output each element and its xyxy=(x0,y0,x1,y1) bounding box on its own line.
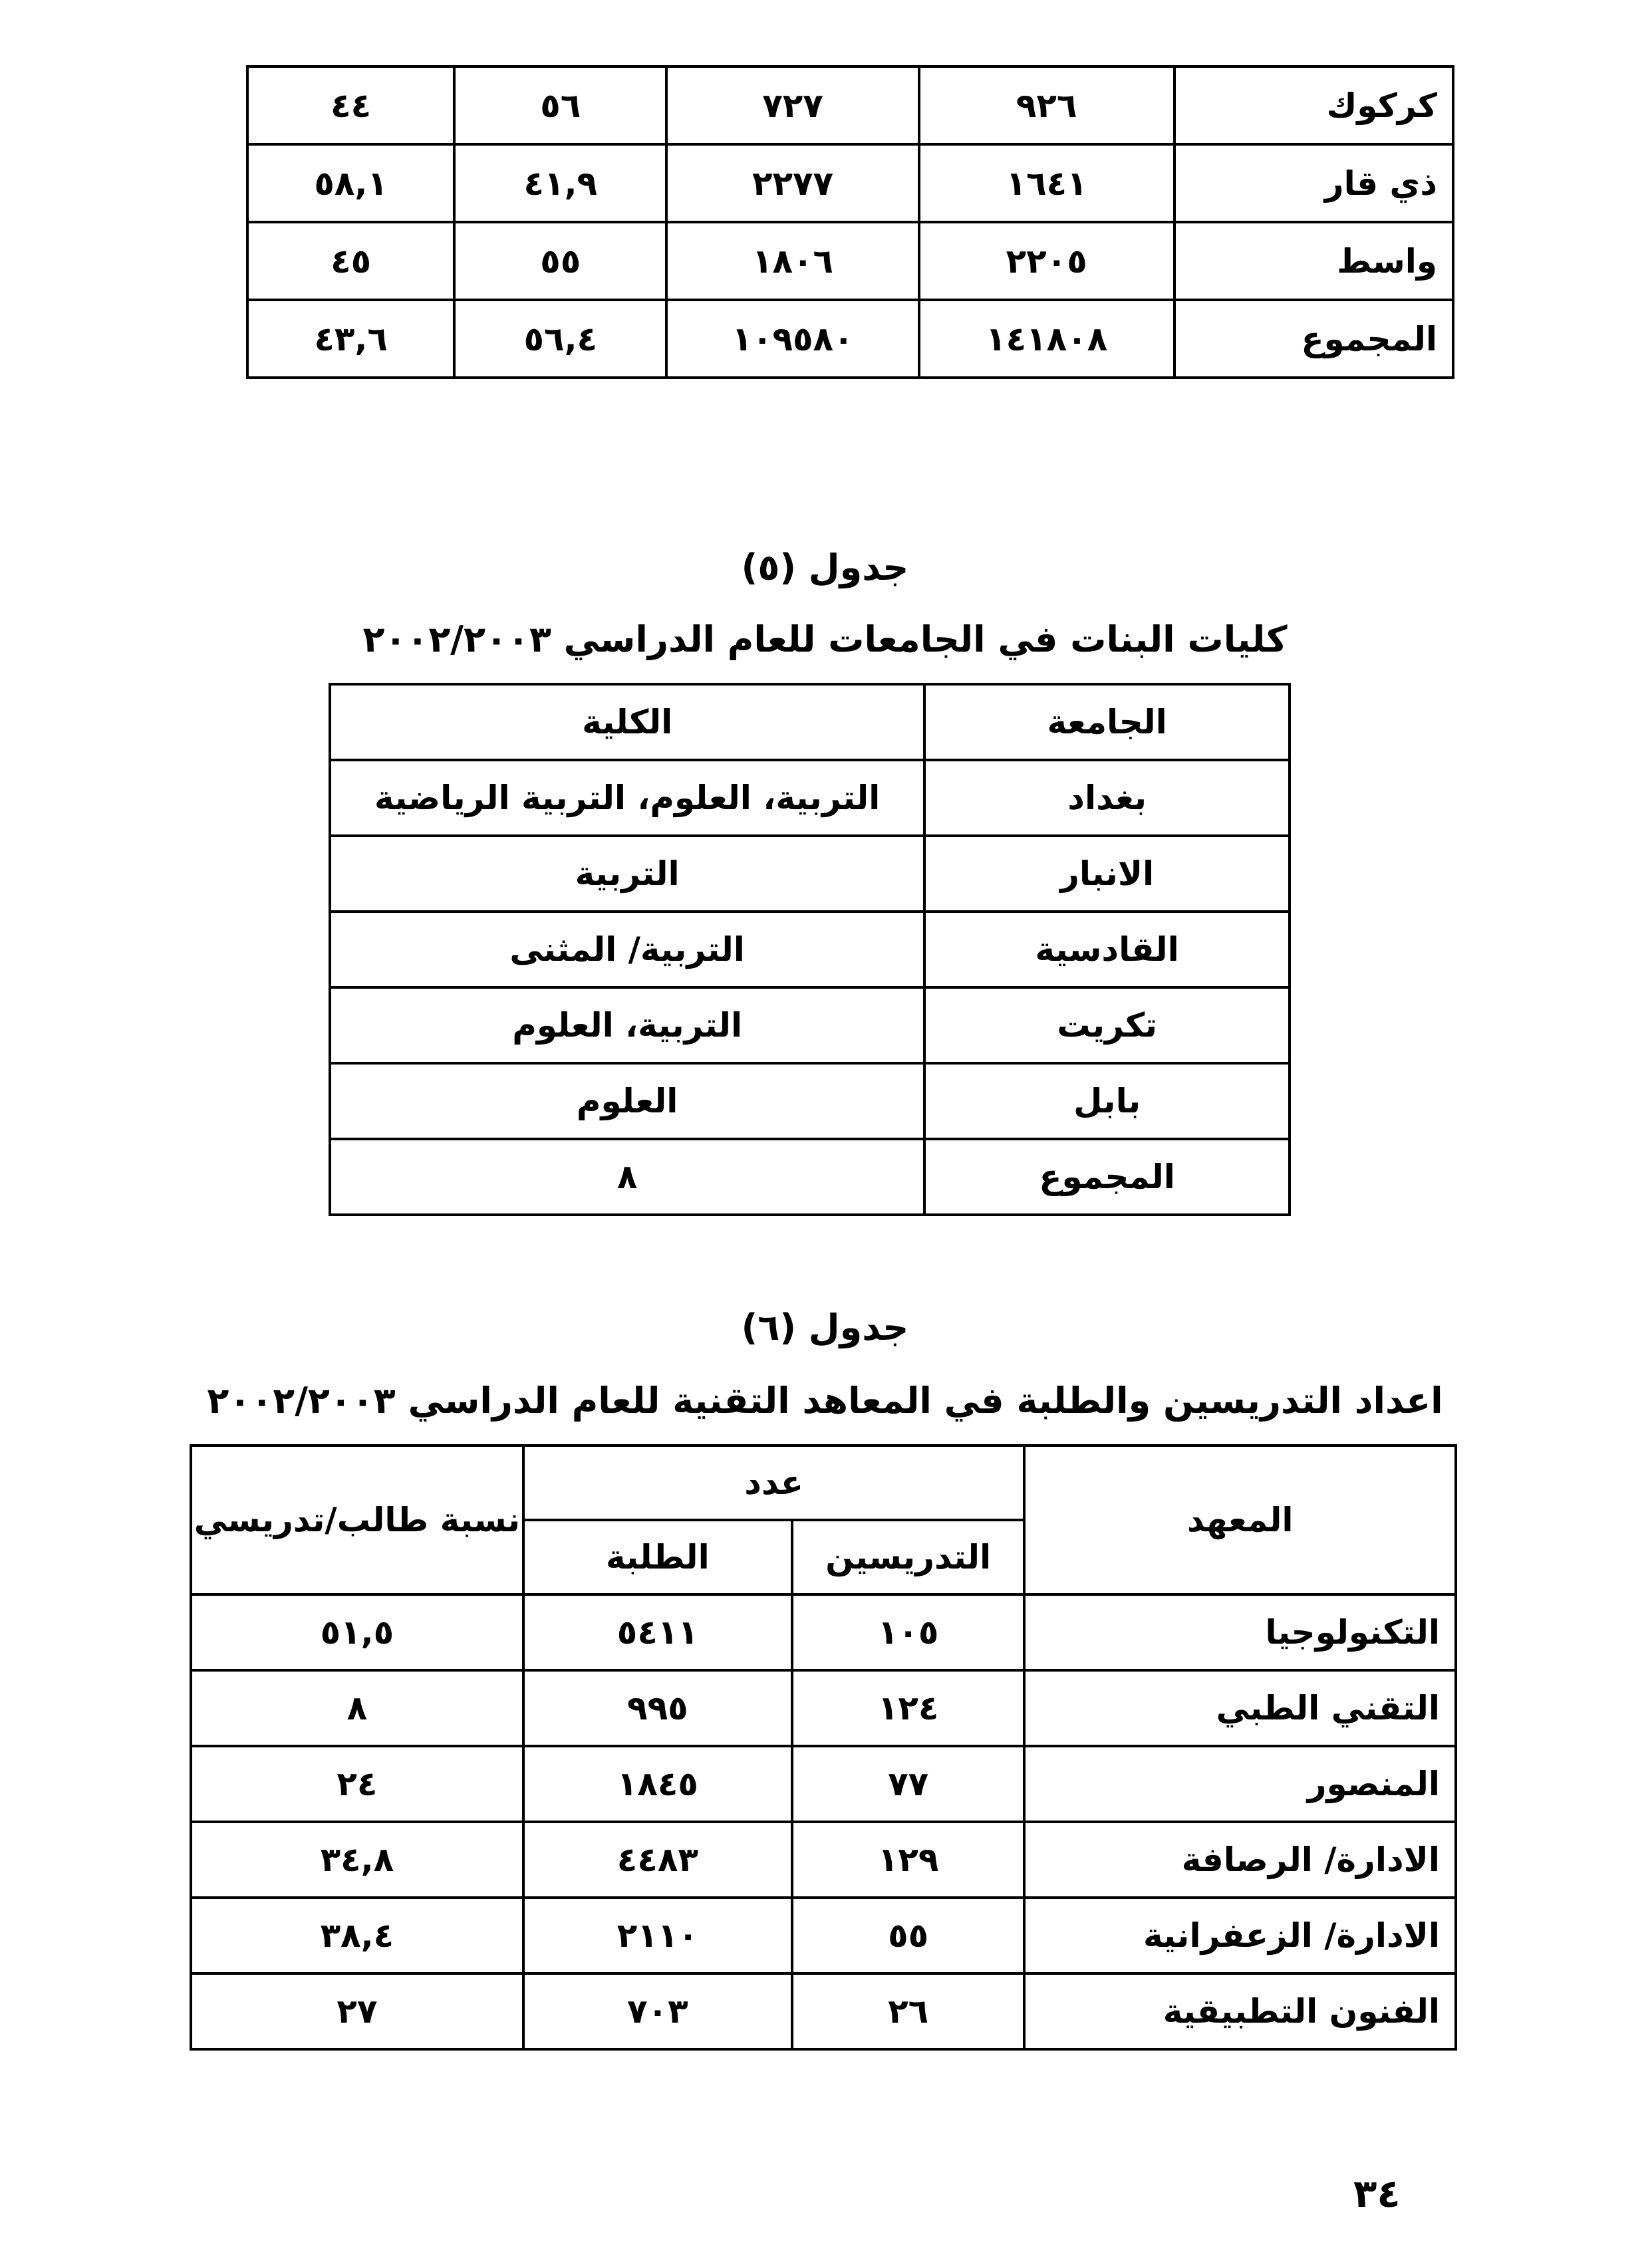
row-label: كركوك xyxy=(1174,66,1453,144)
teachers-cell: ٥٥ xyxy=(792,1898,1025,1973)
cell: ٩٢٦ xyxy=(919,66,1174,144)
header-students: الطلبة xyxy=(523,1520,792,1594)
cell: ٥٨,١ xyxy=(247,144,454,222)
header-ratio: نسبة طالب/تدريسي xyxy=(191,1446,523,1594)
college-cell: العلوم xyxy=(330,1063,924,1139)
college-cell: التربية xyxy=(330,836,924,912)
college-cell: التربية، العلوم xyxy=(330,987,924,1063)
cell: ٤٣,٦ xyxy=(247,300,454,378)
college-cell: التربية/ المثنى xyxy=(330,912,924,987)
teachers-cell: ١٢٩ xyxy=(792,1822,1025,1898)
cell: ٢٢٠٥ xyxy=(919,222,1174,300)
university-cell: تكريت xyxy=(924,987,1290,1063)
table6-title: جدول (٦) xyxy=(0,1307,1650,1348)
table6-subtitle: اعداد التدريسين والطلبة في المعاهد التقن… xyxy=(0,1380,1650,1422)
cell: ١٤١٨٠٨ xyxy=(919,300,1174,378)
header-count: عدد xyxy=(523,1446,1025,1520)
cell: ٤٥ xyxy=(247,222,454,300)
cell: ٤٤ xyxy=(247,66,454,144)
table-row: تكريت التربية، العلوم xyxy=(330,987,1290,1063)
row-label: واسط xyxy=(1174,222,1453,300)
ratio-cell: ٥١,٥ xyxy=(191,1594,523,1670)
students-cell: ٧٠٣ xyxy=(523,1973,792,2049)
table-row-total: المجموع ٨ xyxy=(330,1139,1290,1215)
table5-subtitle: كليات البنات في الجامعات للعام الدراسي ٢… xyxy=(0,618,1650,660)
ratio-cell: ٢٤ xyxy=(191,1746,523,1822)
continued-governorate-table: كركوك ٩٢٦ ٧٢٧ ٥٦ ٤٤ ذي قار ١٦٤١ ٢٢٧٧ ٤١,… xyxy=(246,65,1454,379)
cell: ١٠٩٥٨٠ xyxy=(666,300,918,378)
table-header-row: الجامعة الكلية xyxy=(330,684,1290,760)
table-row: الفنون التطبيقية ٢٦ ٧٠٣ ٢٧ xyxy=(191,1973,1456,2049)
students-cell: ٥٤١١ xyxy=(523,1594,792,1670)
college-cell: ٨ xyxy=(330,1139,924,1215)
header-college: الكلية xyxy=(330,684,924,760)
teachers-cell: ٢٦ xyxy=(792,1973,1025,2049)
table-row: الادارة/ الرصافة ١٢٩ ٤٤٨٣ ٣٤,٨ xyxy=(191,1822,1456,1898)
teachers-cell: ١٢٤ xyxy=(792,1670,1025,1746)
students-cell: ٢١١٠ xyxy=(523,1898,792,1973)
table-row: بغداد التربية، العلوم، التربية الرياضية xyxy=(330,760,1290,836)
university-cell: الانبار xyxy=(924,836,1290,912)
institute-cell: التقني الطبي xyxy=(1024,1670,1456,1746)
table-row: الانبار التربية xyxy=(330,836,1290,912)
institute-cell: الفنون التطبيقية xyxy=(1024,1973,1456,2049)
table6-technical-institutes: المعهد عدد نسبة طالب/تدريسي التدريسين ال… xyxy=(190,1444,1457,2051)
table-row: القادسية التربية/ المثنى xyxy=(330,912,1290,987)
table-row: التكنولوجيا ١٠٥ ٥٤١١ ٥١,٥ xyxy=(191,1594,1456,1670)
table-row: كركوك ٩٢٦ ٧٢٧ ٥٦ ٤٤ xyxy=(247,66,1453,144)
teachers-cell: ٧٧ xyxy=(792,1746,1025,1822)
students-cell: ٤٤٨٣ xyxy=(523,1822,792,1898)
cell: ٢٢٧٧ xyxy=(666,144,918,222)
row-label: المجموع xyxy=(1174,300,1453,378)
cell: ١٦٤١ xyxy=(919,144,1174,222)
header-teachers: التدريسين xyxy=(792,1520,1025,1594)
institute-cell: المنصور xyxy=(1024,1746,1456,1822)
header-institute: المعهد xyxy=(1024,1446,1456,1594)
university-cell: القادسية xyxy=(924,912,1290,987)
university-cell: المجموع xyxy=(924,1139,1290,1215)
table-row: واسط ٢٢٠٥ ١٨٠٦ ٥٥ ٤٥ xyxy=(247,222,1453,300)
table-row-total: المجموع ١٤١٨٠٨ ١٠٩٥٨٠ ٥٦,٤ ٤٣,٦ xyxy=(247,300,1453,378)
page-number: ٣٤ xyxy=(1353,2171,1401,2216)
institute-cell: الادارة/ الزعفرانية xyxy=(1024,1898,1456,1973)
table-header-row: المعهد عدد نسبة طالب/تدريسي xyxy=(191,1446,1456,1520)
ratio-cell: ٣٤,٨ xyxy=(191,1822,523,1898)
students-cell: ٩٩٥ xyxy=(523,1670,792,1746)
cell: ٧٢٧ xyxy=(666,66,918,144)
institute-cell: التكنولوجيا xyxy=(1024,1594,1456,1670)
university-cell: بابل xyxy=(924,1063,1290,1139)
row-label: ذي قار xyxy=(1174,144,1453,222)
ratio-cell: ٨ xyxy=(191,1670,523,1746)
students-cell: ١٨٤٥ xyxy=(523,1746,792,1822)
university-cell: بغداد xyxy=(924,760,1290,836)
cell: ٥٥ xyxy=(454,222,666,300)
cell: ١٨٠٦ xyxy=(666,222,918,300)
table-row: الادارة/ الزعفرانية ٥٥ ٢١١٠ ٣٨,٤ xyxy=(191,1898,1456,1973)
table5-womens-colleges: الجامعة الكلية بغداد التربية، العلوم، ال… xyxy=(329,683,1291,1216)
cell: ٤١,٩ xyxy=(454,144,666,222)
table5-title: جدول (٥) xyxy=(0,547,1650,588)
college-cell: التربية، العلوم، التربية الرياضية xyxy=(330,760,924,836)
cell: ٥٦ xyxy=(454,66,666,144)
header-university: الجامعة xyxy=(924,684,1290,760)
cell: ٥٦,٤ xyxy=(454,300,666,378)
table-row: المنصور ٧٧ ١٨٤٥ ٢٤ xyxy=(191,1746,1456,1822)
table-row: بابل العلوم xyxy=(330,1063,1290,1139)
teachers-cell: ١٠٥ xyxy=(792,1594,1025,1670)
institute-cell: الادارة/ الرصافة xyxy=(1024,1822,1456,1898)
ratio-cell: ٣٨,٤ xyxy=(191,1898,523,1973)
table-row: التقني الطبي ١٢٤ ٩٩٥ ٨ xyxy=(191,1670,1456,1746)
ratio-cell: ٢٧ xyxy=(191,1973,523,2049)
table-row: ذي قار ١٦٤١ ٢٢٧٧ ٤١,٩ ٥٨,١ xyxy=(247,144,1453,222)
